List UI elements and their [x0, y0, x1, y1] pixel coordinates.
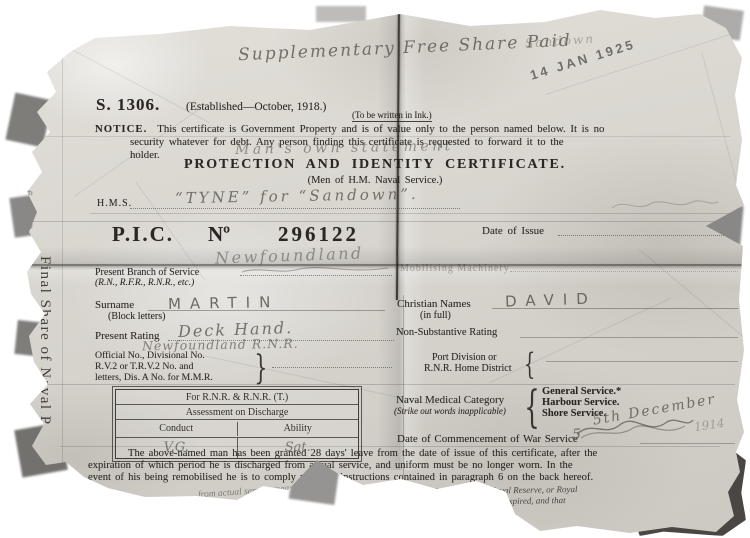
established-note: (Established—October, 1918.): [186, 101, 326, 113]
date-of-issue-label: Date of Issue: [482, 225, 544, 237]
port-division-line-2: R.N.R. Home District: [424, 363, 512, 374]
footnote-fragment-right-3: ged to the shore.: [345, 507, 405, 518]
form-rule: [546, 361, 738, 362]
brace: {: [524, 382, 539, 433]
medical-option-harbour: Harbour Service.: [542, 397, 619, 408]
ink-instruction: (To be written in Ink.): [352, 110, 432, 122]
crease-line: [701, 53, 738, 188]
crease-line: [62, 40, 63, 480]
pic-no-symbol: Nº: [208, 222, 230, 247]
brace: }: [254, 348, 267, 388]
paren: ): [112, 0, 116, 20]
notice-line-1: NOTICE.This certificate is Government Pr…: [95, 123, 604, 135]
document-title: PROTECTION AND IDENTITY CERTIFICATE.: [140, 157, 610, 173]
date-of-issue-note: ( This date to be the actual date of han…: [0, 0, 750, 20]
conduct-column-header: Conduct: [116, 422, 238, 436]
pencil-scribble: [610, 192, 720, 218]
document-subtitle: (Men of H.M. Naval Service.): [140, 175, 610, 186]
official-no-line-3: letters, Dis. A No. for M.M.R.: [95, 372, 213, 383]
medical-category-sub: (Strike out words inapplicable): [394, 406, 506, 416]
form-rule: [558, 235, 738, 236]
christian-names-label: Christian Names: [397, 298, 471, 310]
hms-label: H.M.S.: [97, 198, 132, 209]
christian-names-sub: (in full): [420, 310, 451, 321]
vertical-annotation: Final Share of Naval P: [36, 256, 53, 426]
rnr-table-subheader: Assessment on Discharge: [116, 405, 358, 420]
mobilising-label: Mobilising Machinery: [400, 263, 510, 274]
non-substantive-rating-label: Non-Substantive Rating: [396, 327, 497, 338]
doi-note-1: This date to be the actual date of: [6, 1, 111, 10]
medical-option-general: General Service.*: [542, 386, 621, 397]
surname-sub: (Block letters): [108, 311, 165, 322]
port-division-line-1: Port Division or: [432, 352, 496, 363]
leave-paragraph-line-3: event of his being remobilised he is to …: [88, 472, 593, 483]
rnr-table-header: For R.N.R. & R.N.R. (T.): [116, 390, 358, 405]
official-no-line-1: Official No., Divisional No.: [95, 350, 205, 361]
date-of-issue-note-lines: This date to be the actual date of handi…: [6, 2, 111, 19]
war-service-label: Date of Commencement of War Service: [397, 433, 578, 445]
branch-of-service-sub: (R.N., R.F.R., R.N.R., etc.): [95, 278, 194, 288]
document-photo: Supplementary Free Share Paid Sandown 14…: [0, 0, 750, 538]
surname-value: MARTIN: [168, 293, 280, 313]
ability-column-header: Ability: [238, 422, 359, 436]
pencil-scribble: [240, 262, 390, 278]
doi-note-2: handing Certificate to the man.: [6, 9, 106, 18]
surname-label: Surname: [95, 299, 134, 311]
crease-line: [20, 384, 735, 385]
christian-names-value: DAVID: [505, 289, 597, 310]
form-rule: [130, 208, 460, 209]
notice-text-1: This certificate is Government Property …: [157, 123, 604, 135]
war-service-year: 1914: [693, 416, 725, 434]
official-no-line-2: R.V.2 or T.R.V.2 No. and: [95, 361, 193, 372]
tear-shadow: [316, 6, 366, 22]
footnote-fragment-right-4: ments are not subject to remobilisation.: [360, 517, 503, 531]
brace: {: [524, 347, 535, 382]
pencil-scribble: [575, 412, 695, 444]
footnote-fragment-right-2: reserve if any portion of his engagement…: [340, 495, 566, 509]
notice-label: NOTICE.: [95, 123, 147, 135]
crease-line: [489, 298, 671, 383]
form-rule: [520, 337, 738, 338]
paper-sheet: Supplementary Free Share Paid Sandown 14…: [0, 0, 750, 538]
medical-category-label: Naval Medical Category: [396, 394, 504, 406]
form-number: S. 1306.: [96, 95, 160, 115]
footnote-fragment-left: from actual service mean: [198, 484, 294, 501]
form-rule: [510, 271, 738, 272]
leave-paragraph-line-1: The above-named man has been granted 28 …: [128, 448, 597, 459]
rnr-table-columns: Conduct Ability: [116, 420, 358, 438]
form-rule: [272, 367, 392, 368]
paren: (: [1, 0, 5, 20]
branch-of-service-label: Present Branch of Service: [95, 267, 199, 278]
pic-label: P.I.C.: [112, 222, 174, 247]
